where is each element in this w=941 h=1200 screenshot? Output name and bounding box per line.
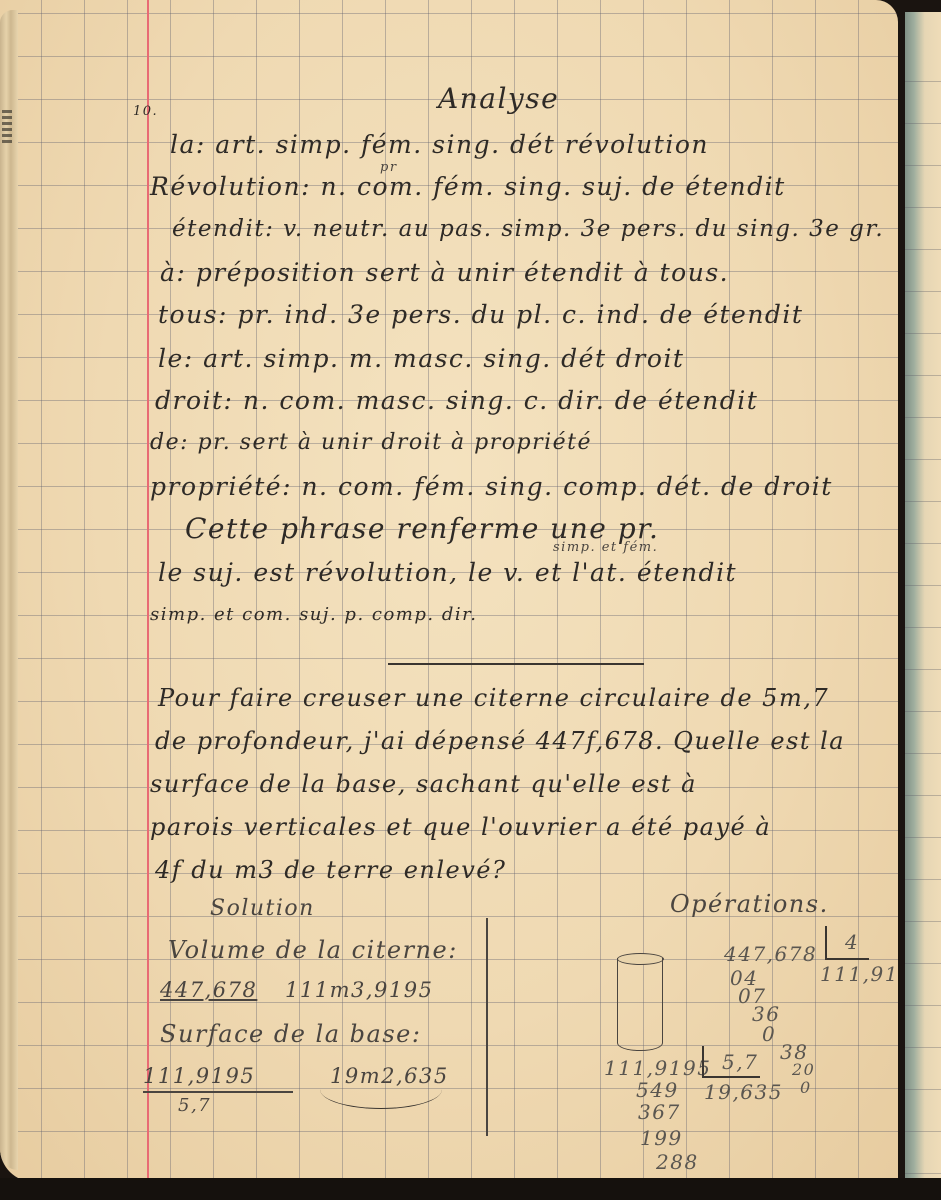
analyse-line: droit: n. com. masc. sing. c. dir. de ét… xyxy=(155,386,758,415)
correction-note: pr xyxy=(380,160,398,175)
analyse-line: le: art. simp. m. masc. sing. dét droit xyxy=(158,344,684,373)
analyse-line: à: préposition sert à unir étendit à tou… xyxy=(160,258,729,287)
volume-label: Volume de la citerne: xyxy=(168,936,458,964)
div1-remainder: 0 xyxy=(800,1078,812,1097)
div1-divisor: 4 xyxy=(845,930,859,954)
analyse-line: propriété: n. com. fém. sing. comp. dét.… xyxy=(150,472,833,501)
problem-line: 4f du m3 de terre enlevé? xyxy=(155,856,506,884)
fraction-bar xyxy=(143,1091,293,1093)
red-margin-line xyxy=(147,0,149,1182)
analyse-summary-line: simp. et com. suj. p. comp. dir. xyxy=(150,604,477,625)
div2-divisor: 5,7 xyxy=(722,1050,758,1074)
div1-quotient: 111,9195 xyxy=(820,962,898,986)
superscript-note: simp. et fém. xyxy=(553,540,658,555)
cylinder-sketch-icon xyxy=(617,958,663,1051)
analyse-line: la: art. simp. fém. sing. dét révolution xyxy=(170,130,709,159)
volume-dividend: 447,678 xyxy=(160,978,257,1002)
binding-stitch xyxy=(2,110,12,146)
analyse-line: étendit: v. neutr. au pas. simp. 3e pers… xyxy=(172,216,884,242)
next-page-edge xyxy=(905,12,941,1182)
div1-dividend: 447,678 xyxy=(724,942,817,966)
div1-remainder: 0 xyxy=(762,1022,776,1046)
analyse-title: Analyse xyxy=(438,82,559,115)
surface-dividend: 111,9195 xyxy=(143,1064,255,1088)
problem-line: surface de la base, sachant qu'elle est … xyxy=(150,770,697,798)
solution-heading: Solution xyxy=(210,896,315,921)
div1-remainder: 20 xyxy=(792,1060,815,1079)
div2-remainder: 549 xyxy=(636,1078,679,1102)
problem-line: Pour faire creuser une citerne circulair… xyxy=(158,684,829,712)
analyse-summary-line: le suj. est révolution, le v. et l'at. é… xyxy=(158,558,737,587)
analyse-line: de: pr. sert à unir droit à propriété xyxy=(150,430,592,455)
problem-line: parois verticales et que l'ouvrier a été… xyxy=(150,813,771,841)
background-table xyxy=(0,1178,941,1200)
div2-dividend: 111,9195 xyxy=(604,1056,711,1080)
page-number: 10. xyxy=(133,104,158,119)
column-divider xyxy=(486,918,488,1136)
next-page-grid xyxy=(905,12,941,1182)
div2-remainder: 288 xyxy=(656,1150,699,1174)
result-underline-arc xyxy=(320,1070,442,1109)
div2-quotient: 19,635 xyxy=(704,1080,783,1104)
analyse-line: Révolution: n. com. fém. sing. suj. de é… xyxy=(150,172,786,201)
div2-remainder: 199 xyxy=(640,1126,683,1150)
volume-result: 111m3,9195 xyxy=(285,978,433,1002)
analyse-line: tous: pr. ind. 3e pers. du pl. c. ind. d… xyxy=(158,300,803,329)
surface-divisor: 5,7 xyxy=(178,1095,211,1116)
section-divider xyxy=(388,663,644,665)
problem-line: de profondeur, j'ai dépensé 447f,678. Qu… xyxy=(155,727,845,755)
surface-label: Surface de la base: xyxy=(160,1020,421,1048)
page-stack-edge xyxy=(0,10,18,1170)
notebook-page: 10. Analyse la: art. simp. fém. sing. dé… xyxy=(0,0,898,1182)
div2-remainder: 367 xyxy=(638,1100,681,1124)
operations-heading: Opérations. xyxy=(670,890,829,918)
